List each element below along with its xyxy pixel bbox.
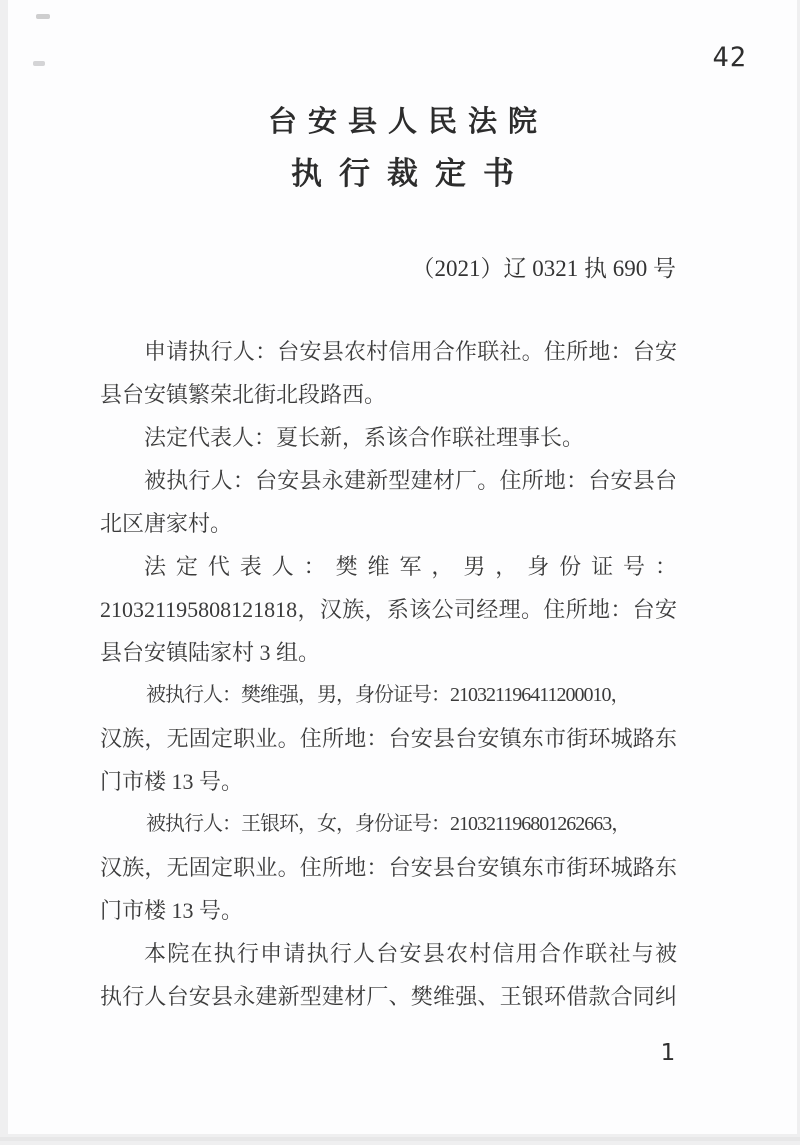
body-line: 北区唐家村。 xyxy=(100,502,677,545)
body-line: 法定代表人：夏长新，系该合作联社理事长。 xyxy=(100,416,677,459)
scan-smudge-mark xyxy=(36,14,50,19)
case-number: （2021）辽 0321 执 690 号 xyxy=(412,250,677,283)
body-line: 县台安镇繁荣北街北段路西。 xyxy=(100,373,677,416)
body-line: 被执行人：樊维强，男，身份证号：210321196411200010， xyxy=(100,674,677,717)
body-line: 执行人台安县永建新型建材厂、樊维强、王银环借款合同纠 xyxy=(100,975,677,1018)
body-line: 汉族，无固定职业。住所地：台安县台安镇东市街环城路东 xyxy=(100,846,677,889)
court-name: 台安县人民法院 xyxy=(8,99,797,140)
body-line: 县台安镇陆家村 3 组。 xyxy=(100,631,677,674)
body-line: 门市楼 13 号。 xyxy=(100,760,677,803)
page-corner-number: 42 xyxy=(712,42,747,73)
document-body: 申请执行人：台安县农村信用合作联社。住所地：台安 县台安镇繁荣北街北段路西。 法… xyxy=(100,330,677,1018)
document-title: 执行裁定书 xyxy=(8,148,797,193)
body-line: 门市楼 13 号。 xyxy=(100,889,677,932)
body-line: 汉族，无固定职业。住所地：台安县台安镇东市街环城路东 xyxy=(100,717,677,760)
page-number: 1 xyxy=(653,1040,683,1066)
body-line: 被执行人：台安县永建新型建材厂。住所地：台安县台 xyxy=(100,459,677,502)
scanned-page: 42 台安县人民法院 执行裁定书 （2021）辽 0321 执 690 号 申请… xyxy=(8,0,797,1134)
body-line: 本院在执行申请执行人台安县农村信用合作联社与被 xyxy=(100,932,677,975)
body-line: 申请执行人：台安县农村信用合作联社。住所地：台安 xyxy=(100,330,677,373)
body-line: 法定代表人：樊维军，男，身份证号： xyxy=(100,545,677,588)
body-line: 210321195808121818，汉族，系该公司经理。住所地：台安 xyxy=(100,588,677,631)
body-line: 被执行人：王银环，女，身份证号：210321196801262663， xyxy=(100,803,677,846)
scan-smudge-mark xyxy=(33,61,45,66)
scan-bottom-edge xyxy=(0,1137,800,1141)
